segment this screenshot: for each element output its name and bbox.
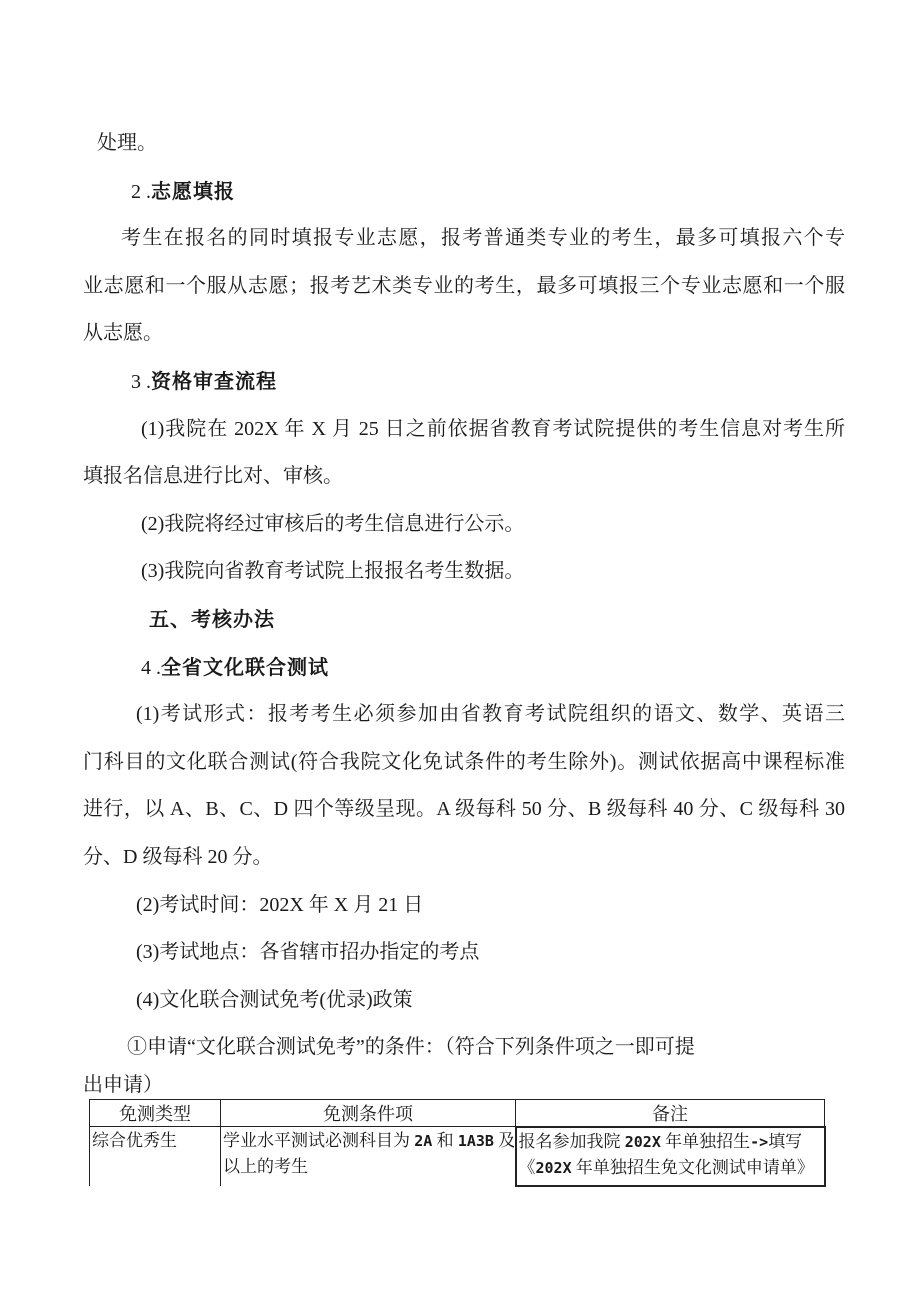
paragraph-line: 填报名信息进行比对、审核。 [83,453,845,501]
paragraph-line: 门科目的文化联合测试(符合我院文化免试条件的考生除外)。测试依据高中课程标准 [83,739,845,787]
heading-number: 2 . [131,181,151,203]
cell-exemption-condition: 学业水平测试必测科目为 2A 和 1A3B 及 以上的考生 [221,1127,516,1186]
cell-text-line: 学业水平测试必测科目为 2A 和 1A3B 及 [223,1128,514,1154]
heading-text: 全省文化联合测试 [161,655,329,679]
header-remark: 备注 [516,1099,825,1127]
document-page: 处理。 2 .志愿填报 考生在报名的同时填报专业志愿，报考普通类专业的考生，最多… [0,0,920,1301]
list-item-line: (2)我院将经过审核后的考生信息进行公示。 [83,501,845,549]
section-heading-4: 4 .全省文化联合测试 [83,644,845,692]
list-item-line: (2)考试时间：202X 年 X 月 21 日 [83,882,845,930]
paragraph-line: 业志愿和一个服从志愿；报考艺术类专业的考生，最多可填报三个专业志愿和一个服 [83,263,845,311]
document-body: 处理。 2 .志愿填报 考生在报名的同时填报专业志愿，报考普通类专业的考生，最多… [0,0,920,1187]
list-item-line: (3)考试地点：各省辖市招办指定的考点 [83,929,845,977]
heading-text: 资格审查流程 [151,369,277,393]
paragraph-line: 考生在报名的同时填报专业志愿，报考普通类专业的考生，最多可填报六个专 [83,215,845,263]
cell-text-line: 以上的考生 [223,1154,514,1180]
exemption-table: 免测类型 免测条件项 备注 综合优秀生 学业水平测试必测科目为 2A 和 1A3… [89,1099,826,1187]
table-row: 综合优秀生 学业水平测试必测科目为 2A 和 1A3B 及 以上的考生 报名参加… [90,1127,825,1186]
header-exemption-condition: 免测条件项 [221,1099,516,1127]
table-header-row: 免测类型 免测条件项 备注 [90,1099,825,1127]
cell-exemption-type: 综合优秀生 [90,1127,221,1186]
chapter-heading-5: 五、考核办法 [83,596,845,644]
paragraph-line: 进行，以 A、B、C、D 四个等级呈现。A 级每科 50 分、B 级每科 40 … [83,786,845,834]
cell-text-line: 《202X 年单独招生免文化测试申请单》 [519,1155,823,1181]
list-item-line: ①申请“文化联合测试免考”的条件：（符合下列条件项之一即可提 [83,1024,845,1072]
list-item-line: (4)文化联合测试免考(优录)政策 [83,977,845,1025]
paragraph-line: 从志愿。 [83,310,845,358]
list-item-line: (1)考试形式：报考考生必须参加由省教育考试院组织的语文、数学、英语三 [83,691,845,739]
heading-text: 五、考核办法 [149,607,275,631]
cell-remark: 报名参加我院 202X 年单独招生->填写 《202X 年单独招生免文化测试申请… [516,1127,825,1186]
section-heading-2: 2 .志愿填报 [83,168,845,216]
heading-number: 4 . [141,657,161,679]
header-exemption-type: 免测类型 [90,1099,221,1127]
heading-text: 志愿填报 [151,179,235,203]
section-heading-3: 3 .资格审查流程 [83,358,845,406]
paragraph-line: 处理。 [83,120,845,168]
cell-text-line: 报名参加我院 202X 年单独招生->填写 [519,1129,823,1155]
heading-number: 3 . [131,371,151,393]
paragraph-line: 分、D 级每科 20 分。 [83,834,845,882]
list-item-line: (1)我院在 202X 年 X 月 25 日之前依据省教育考试院提供的考生信息对… [83,406,845,454]
list-item-line: (3)我院向省教育考试院上报报名考生数据。 [83,548,845,596]
